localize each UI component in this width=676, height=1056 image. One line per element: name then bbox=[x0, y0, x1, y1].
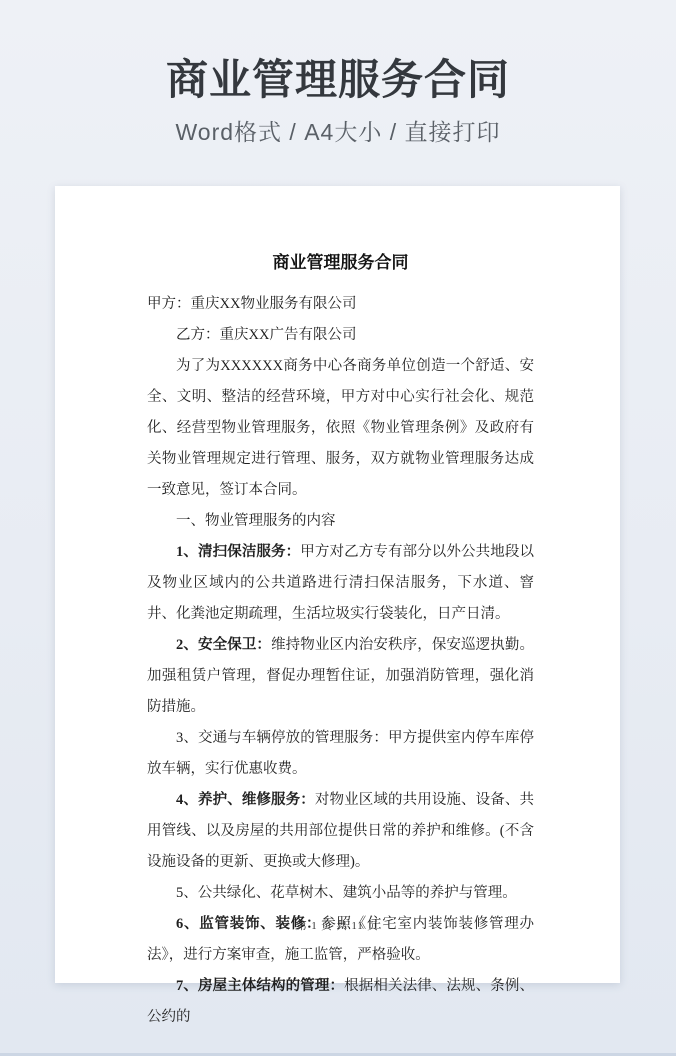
document-title: 商业管理服务合同 bbox=[147, 248, 534, 273]
item-label: 4、养护、维修服务： bbox=[176, 792, 315, 808]
paragraph-party-a: 甲方：重庆XX物业服务有限公司 bbox=[147, 289, 534, 320]
paragraph-item-7: 7、房屋主体结构的管理：根据相关法律、法规、条例、公约的 bbox=[147, 971, 534, 1033]
item-label: 1、清扫保洁服务： bbox=[176, 544, 300, 560]
paragraph-text: 乙方：重庆XX广告有限公司 bbox=[176, 327, 356, 343]
paragraph-item-3: 3、交通与车辆停放的管理服务：甲方提供室内停车库停放车辆，实行优惠收费。 bbox=[147, 723, 534, 785]
paragraph-item-1: 1、清扫保洁服务：甲方对乙方专有部分以外公共地段以及物业区域内的公共道路进行清扫… bbox=[147, 537, 534, 630]
page-number: 第 1 页 共 11 页 bbox=[55, 918, 620, 933]
paragraph-text: 5、公共绿化、花草树木、建筑小品等的养护与管理。 bbox=[176, 885, 517, 901]
document-page: 商业管理服务合同 甲方：重庆XX物业服务有限公司 乙方：重庆XX广告有限公司 为… bbox=[55, 186, 620, 983]
item-label: 2、安全保卫： bbox=[176, 637, 271, 653]
paragraph-text: 3、交通与车辆停放的管理服务：甲方提供室内停车库停放车辆，实行优惠收费。 bbox=[147, 730, 534, 777]
paragraph-party-b: 乙方：重庆XX广告有限公司 bbox=[147, 320, 534, 351]
paragraph-text: 一、物业管理服务的内容 bbox=[176, 513, 336, 529]
paragraph-text: 甲方：重庆XX物业服务有限公司 bbox=[147, 296, 356, 312]
section-heading-1: 一、物业管理服务的内容 bbox=[147, 506, 534, 537]
header: 商业管理服务合同 Word格式 / A4大小 / 直接打印 bbox=[0, 0, 676, 147]
paragraph-preamble: 为了为XXXXXX商务中心各商务单位创造一个舒适、安全、文明、整洁的经营环境，甲… bbox=[147, 351, 534, 506]
paragraph-item-4: 4、养护、维修服务：对物业区域的共用设施、设备、共用管线、以及房屋的共用部位提供… bbox=[147, 785, 534, 878]
paragraph-item-2: 2、安全保卫：维持物业区内治安秩序，保安巡逻执勤。加强租赁户管理，督促办理暂住证… bbox=[147, 630, 534, 723]
item-label: 7、房屋主体结构的管理： bbox=[176, 978, 344, 994]
paragraph-text: 为了为XXXXXX商务中心各商务单位创造一个舒适、安全、文明、整洁的经营环境，甲… bbox=[147, 358, 534, 498]
page-title: 商业管理服务合同 bbox=[0, 56, 676, 104]
page-subtitle: Word格式 / A4大小 / 直接打印 bbox=[0, 114, 676, 147]
paragraph-item-5: 5、公共绿化、花草树木、建筑小品等的养护与管理。 bbox=[147, 878, 534, 909]
